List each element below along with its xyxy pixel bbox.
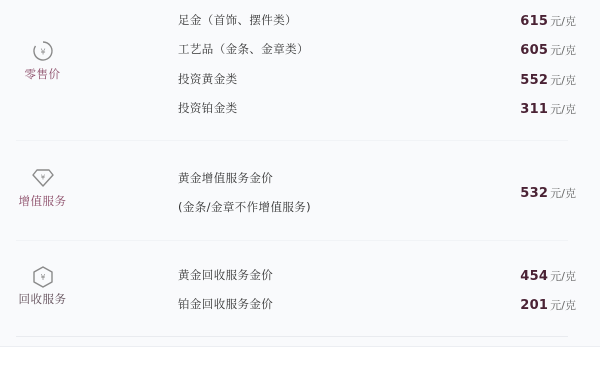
category-recycle: ¥ 回收服务 bbox=[0, 265, 85, 307]
price-unit: 元/克 bbox=[550, 299, 576, 312]
price-number: 201 bbox=[520, 298, 548, 313]
price-card: ¥ 零售价 足金（首饰、摆件类） 615元/克 工艺品（金条、金章类） 605元… bbox=[0, 0, 600, 347]
price-number: 552 bbox=[520, 73, 548, 88]
item-label: 足金（首饰、摆件类） bbox=[178, 10, 297, 30]
item-label: 黄金回收服务金价 bbox=[178, 265, 273, 285]
item-label: 黄金增值服务金价 bbox=[178, 168, 273, 188]
item-label: 工艺品（金条、金章类） bbox=[178, 39, 309, 59]
section-divider bbox=[16, 140, 568, 141]
item-label: 投资铂金类 bbox=[178, 98, 238, 118]
category-label: 增值服务 bbox=[0, 193, 85, 209]
price: 605元/克 bbox=[520, 39, 576, 59]
price-number: 532 bbox=[520, 186, 548, 201]
price: 532元/克 bbox=[520, 182, 576, 202]
price-number: 605 bbox=[520, 43, 548, 58]
price-unit: 元/克 bbox=[550, 103, 576, 116]
price: 311元/克 bbox=[520, 98, 576, 118]
yen-diamond-icon: ¥ bbox=[31, 168, 55, 188]
bottom-divider bbox=[16, 336, 568, 337]
category-label: 回收服务 bbox=[0, 291, 85, 307]
category-label: 零售价 bbox=[0, 66, 85, 82]
price-unit: 元/克 bbox=[550, 74, 576, 87]
category-value-added: ¥ 增值服务 bbox=[0, 168, 85, 209]
yen-circle-icon: ¥ bbox=[32, 40, 54, 62]
price: 615元/克 bbox=[520, 10, 576, 30]
section-divider bbox=[16, 240, 568, 241]
price: 552元/克 bbox=[520, 69, 576, 89]
price-unit: 元/克 bbox=[550, 187, 576, 200]
item-label: 投资黄金类 bbox=[178, 69, 238, 89]
svg-text:¥: ¥ bbox=[40, 174, 45, 182]
price-number: 615 bbox=[520, 14, 548, 29]
category-retail: ¥ 零售价 bbox=[0, 40, 85, 82]
price-number: 454 bbox=[520, 269, 548, 284]
yen-hexagon-icon: ¥ bbox=[32, 265, 54, 289]
price: 201元/克 bbox=[520, 294, 576, 314]
item-label: 铂金回收服务金价 bbox=[178, 294, 273, 314]
price: 454元/克 bbox=[520, 265, 576, 285]
item-note: (金条/金章不作增值服务) bbox=[178, 197, 311, 217]
price-unit: 元/克 bbox=[550, 270, 576, 283]
price-number: 311 bbox=[520, 102, 548, 117]
svg-text:¥: ¥ bbox=[40, 48, 45, 57]
price-unit: 元/克 bbox=[550, 15, 576, 28]
svg-text:¥: ¥ bbox=[40, 273, 45, 282]
price-unit: 元/克 bbox=[550, 44, 576, 57]
